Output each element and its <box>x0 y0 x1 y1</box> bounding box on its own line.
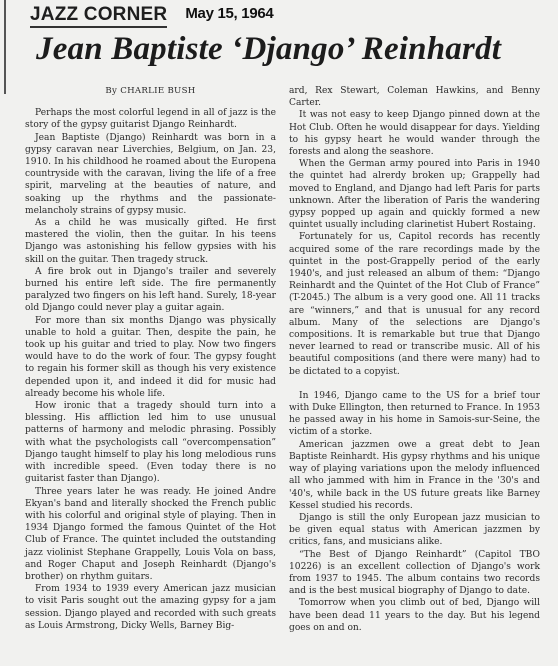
paragraph: Perhaps the most colorful legend in all … <box>25 107 276 131</box>
paragraph: American jazzmen owe a great debt to Jea… <box>289 439 540 512</box>
paragraph: When the German army poured into Paris i… <box>289 158 540 231</box>
paragraph-continued: ard, Rex Stewart, Coleman Hawkins, and B… <box>289 85 540 109</box>
paragraph: Tomorrow when you climb out of bed, Djan… <box>289 597 540 634</box>
paragraph: Fortunately for us, Capitol records has … <box>289 231 540 377</box>
headline: Jean Baptiste ‘Django’ Reinhardt <box>36 29 536 69</box>
paragraph: How ironic that a tragedy should turn in… <box>25 400 276 485</box>
byline: By CHARLIE BUSH <box>25 84 276 97</box>
paragraph: Three years later he was ready. He joine… <box>25 486 276 584</box>
paragraph: Jean Baptiste (Django) Reinhardt was bor… <box>25 132 276 217</box>
left-border-rule <box>4 0 6 94</box>
paragraph: In 1946, Django came to the US for a bri… <box>289 390 540 439</box>
right-column: ard, Rex Stewart, Coleman Hawkins, and B… <box>289 84 540 634</box>
paragraph: From 1934 to 1939 every American jazz mu… <box>25 583 276 632</box>
publication-date: May 15, 1964 <box>185 5 273 22</box>
article-body: By CHARLIE BUSH Perhaps the most colorfu… <box>25 84 540 634</box>
paragraph: For more than six months Django was phys… <box>25 315 276 400</box>
paragraph: “The Best of Django Reinhardt” (Capitol … <box>289 549 540 598</box>
paragraph: As a child he was musically gifted. He f… <box>25 217 276 266</box>
column-header: JAZZ CORNER May 15, 1964 <box>30 4 273 28</box>
paragraph: A fire brok out in Django's trailer and … <box>25 266 276 315</box>
left-column: By CHARLIE BUSH Perhaps the most colorfu… <box>25 84 276 634</box>
paragraph: It was not easy to keep Django pinned do… <box>289 109 540 158</box>
paragraph: Django is still the only European jazz m… <box>289 512 540 549</box>
section-kicker: JAZZ CORNER <box>30 5 167 28</box>
